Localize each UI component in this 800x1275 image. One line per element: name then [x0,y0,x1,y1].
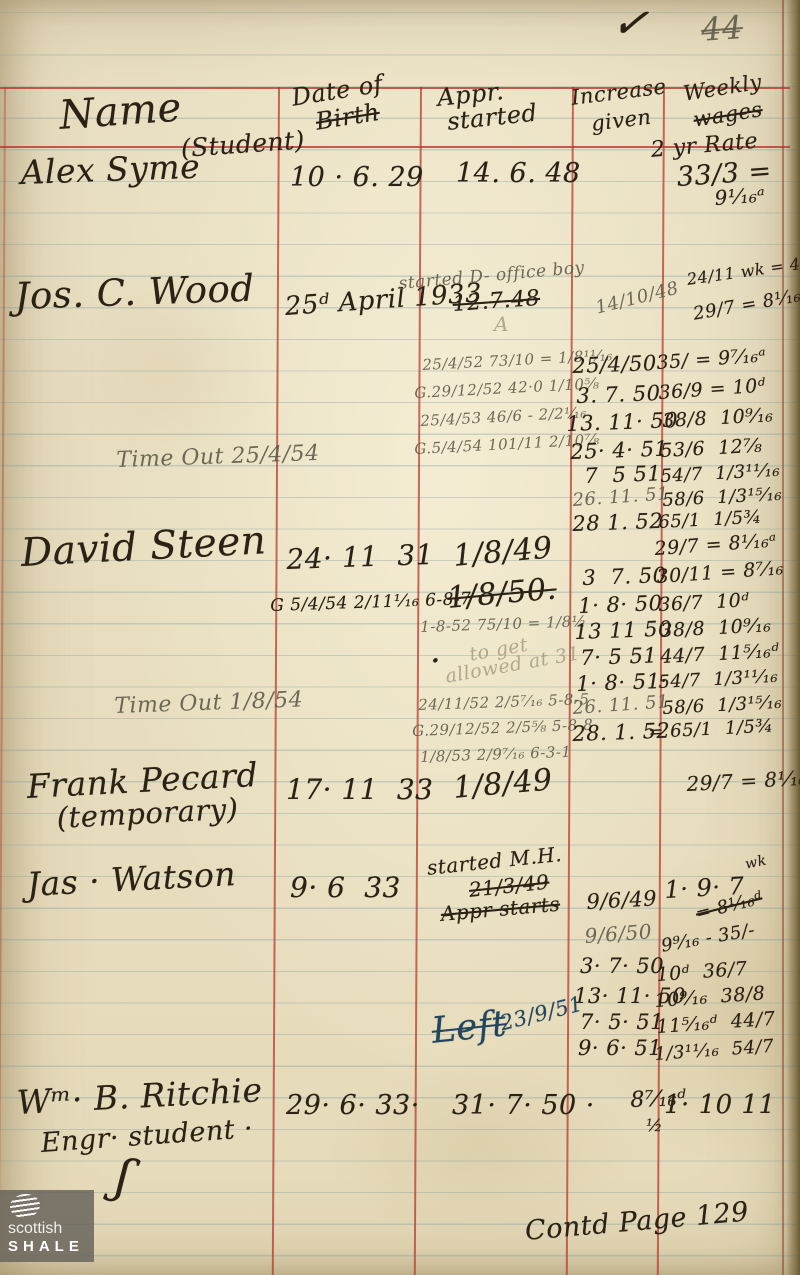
steen-increase-4: 7· 5 51 [580,645,658,669]
ritchie-wage: 1· 10 11 [664,1092,776,1118]
pecard-started: 1/8/49 [452,765,554,804]
steen-wage-3: 36/7 10ᵈ [658,591,750,615]
steen-increase-3: 13 11 50 [574,619,672,643]
pecard-dob: 17· 11 33 [286,776,434,804]
watson-wage-wk: wk [744,854,768,872]
col-header-name: Name [58,87,183,135]
logo-text-scottish: scottish [8,1220,62,1238]
watson-increase-6: 9· 6· 51 [578,1038,662,1059]
wood-wage-5: 53/6 12⅞ [660,437,763,461]
syme-wage-3: 9¹⁄₁₆ᵃ [714,184,766,207]
wood-increase-7: 28 1. 52 [572,511,664,535]
wood-faint-a: A [494,314,509,334]
checkmark: ✓ [609,0,651,48]
watson-increase-1: 9/6/49 [586,888,658,913]
page-number: 44 [700,11,744,46]
syme-name: Alex Syme [20,150,201,189]
watson-increase-2: 9/6/50 [584,921,653,946]
ritchie-increase-2: ½ [646,1118,663,1135]
ledger-page: NameDate ofBirthAppr.startedIncreasegive… [0,0,800,1275]
ritchie-started: 31· 7· 50 · [452,1092,595,1119]
steen-started-1: 1/8/49 [452,533,554,572]
ritchie-dob: 29· 6· 33· [286,1092,420,1119]
wood-increase-1: 25/4/50 [572,353,657,377]
watson-left: Left [430,1006,508,1050]
wood-increase-4: 25· 4· 51 [570,439,669,463]
scottish-shale-logo: scottish SHALE [0,1190,94,1262]
steen-increase-1: 3 7. 50 [582,565,667,589]
syme-dob: 10 · 6. 29 [290,164,424,191]
pecard-wage: 29/7 = 8¹⁄₁₆ᵈ [686,767,800,794]
watson-dob: 9· 6 33 [290,874,401,902]
watson-increase-3: 3· 7· 50 [580,956,664,977]
watson-increase-5: 7· 5· 51 [580,1012,664,1033]
steen-dot: · [430,644,441,678]
wood-increase-5: 7 5 51 [584,463,662,487]
globe-icon [8,1192,41,1220]
steen-increase-2: 1· 8· 50 [578,593,663,617]
logo-text-shale: SHALE [8,1238,84,1255]
watson-name: Jas · Watson [26,857,237,901]
steen-dob: 24· 11 31 [286,541,434,574]
page-edge-rule [782,0,784,1275]
syme-started: 14. 6. 48 [456,160,581,187]
page-edge [786,0,800,1275]
wood-increase-2: 3. 7. 50 [576,383,661,407]
wood-name: Jos. C. Wood [14,270,255,315]
